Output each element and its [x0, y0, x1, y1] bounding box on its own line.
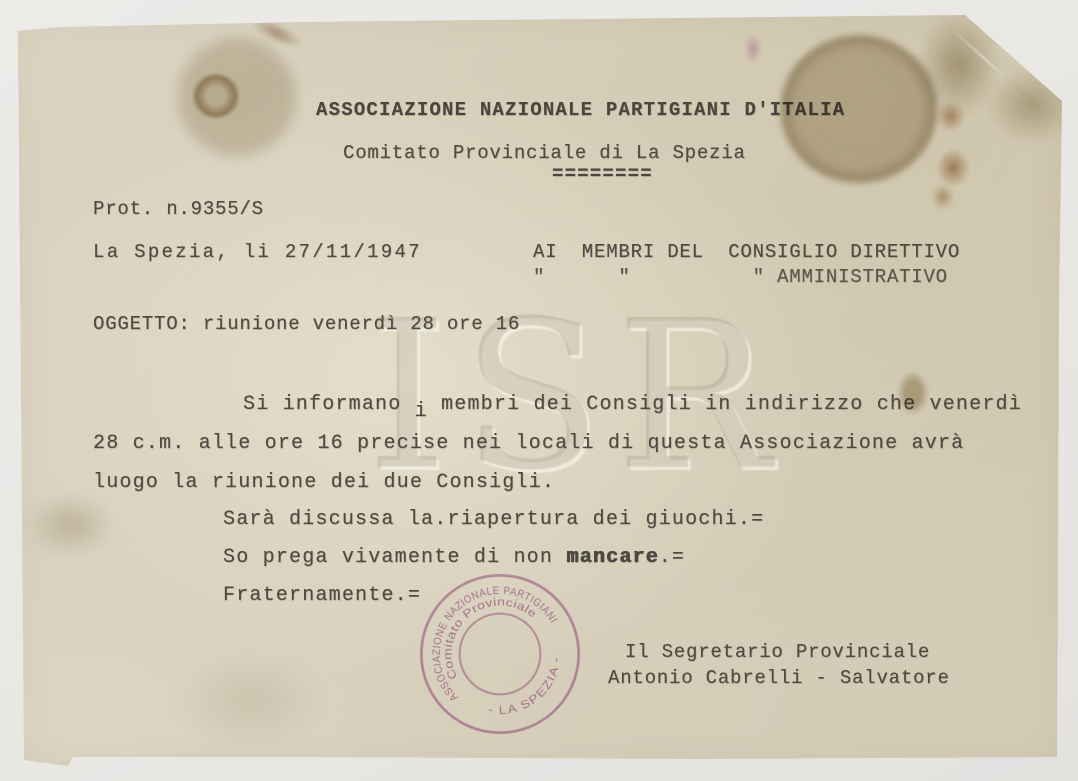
body-line-1-subscript: i: [415, 400, 428, 423]
subject-line: OGGETTO: riunione venerdì 28 ore 16: [93, 313, 520, 335]
closing-line: Fraternamente.=: [223, 584, 421, 607]
corner-fold-crease: [951, 28, 1050, 118]
stain-top-left-streak: [236, 4, 318, 62]
org-committee-line: Comitato Provinciale di La Spezia: [343, 142, 746, 164]
recipient-line-2: " " " AMMINISTRATIVO: [533, 266, 948, 288]
stamp-bottom-text-path: - LA SPEZIA -: [482, 650, 576, 733]
stain-left-edge: [4, 482, 124, 568]
place-and-date: La Spezia, li 27/11/1947: [93, 241, 422, 263]
body-line-5-emphasis: mancare: [566, 546, 658, 569]
protocol-number: Prot. n.9355/S: [93, 198, 264, 220]
divider-line: ========: [552, 163, 653, 185]
signature-name: Antonio Cabrelli - Salvatore: [608, 667, 950, 689]
stain-top-left: [152, 12, 322, 182]
body-line-5: So prega vivamente di non mancare.=: [223, 546, 685, 569]
stain-bottom-faint: [150, 636, 350, 766]
body-line-1: Si informano i membri dei Consigli in in…: [243, 393, 1022, 416]
body-line-4: Sarà discussa la.riapertura dei giuochi.…: [223, 508, 764, 531]
paper-sheet: ISR ASSOCIAZIONE NAZIONALE PARTIGIANI D'…: [0, 0, 1078, 781]
stain-purple-smudge: [744, 34, 762, 64]
body-line-5-post: .=: [659, 546, 685, 569]
body-line-2: 28 c.m. alle ore 16 precise nei locali d…: [93, 432, 964, 455]
stamp-bottom-text: - LA SPEZIA -: [482, 650, 576, 733]
org-name-line: ASSOCIAZIONE NAZIONALE PARTIGIANI D'ITAL…: [316, 99, 845, 121]
scanned-document: ISR ASSOCIAZIONE NAZIONALE PARTIGIANI D'…: [0, 0, 1078, 781]
stain-top-left-ring: [192, 74, 240, 118]
recipient-line-1: AI MEMBRI DEL CONSIGLIO DIRETTIVO: [533, 241, 960, 263]
body-line-1-pre: Si informano: [243, 393, 415, 416]
body-line-1-post: membri dei Consigli in indirizzo che ven…: [428, 393, 1022, 416]
signature-title: Il Segretario Provinciale: [625, 641, 930, 663]
stain-rust-mark: [922, 92, 974, 214]
stain-corner: [912, 0, 1078, 170]
body-line-3: luogo la riunione dei due Consigli.: [93, 471, 555, 494]
stamp-outer-circle: [390, 544, 611, 765]
